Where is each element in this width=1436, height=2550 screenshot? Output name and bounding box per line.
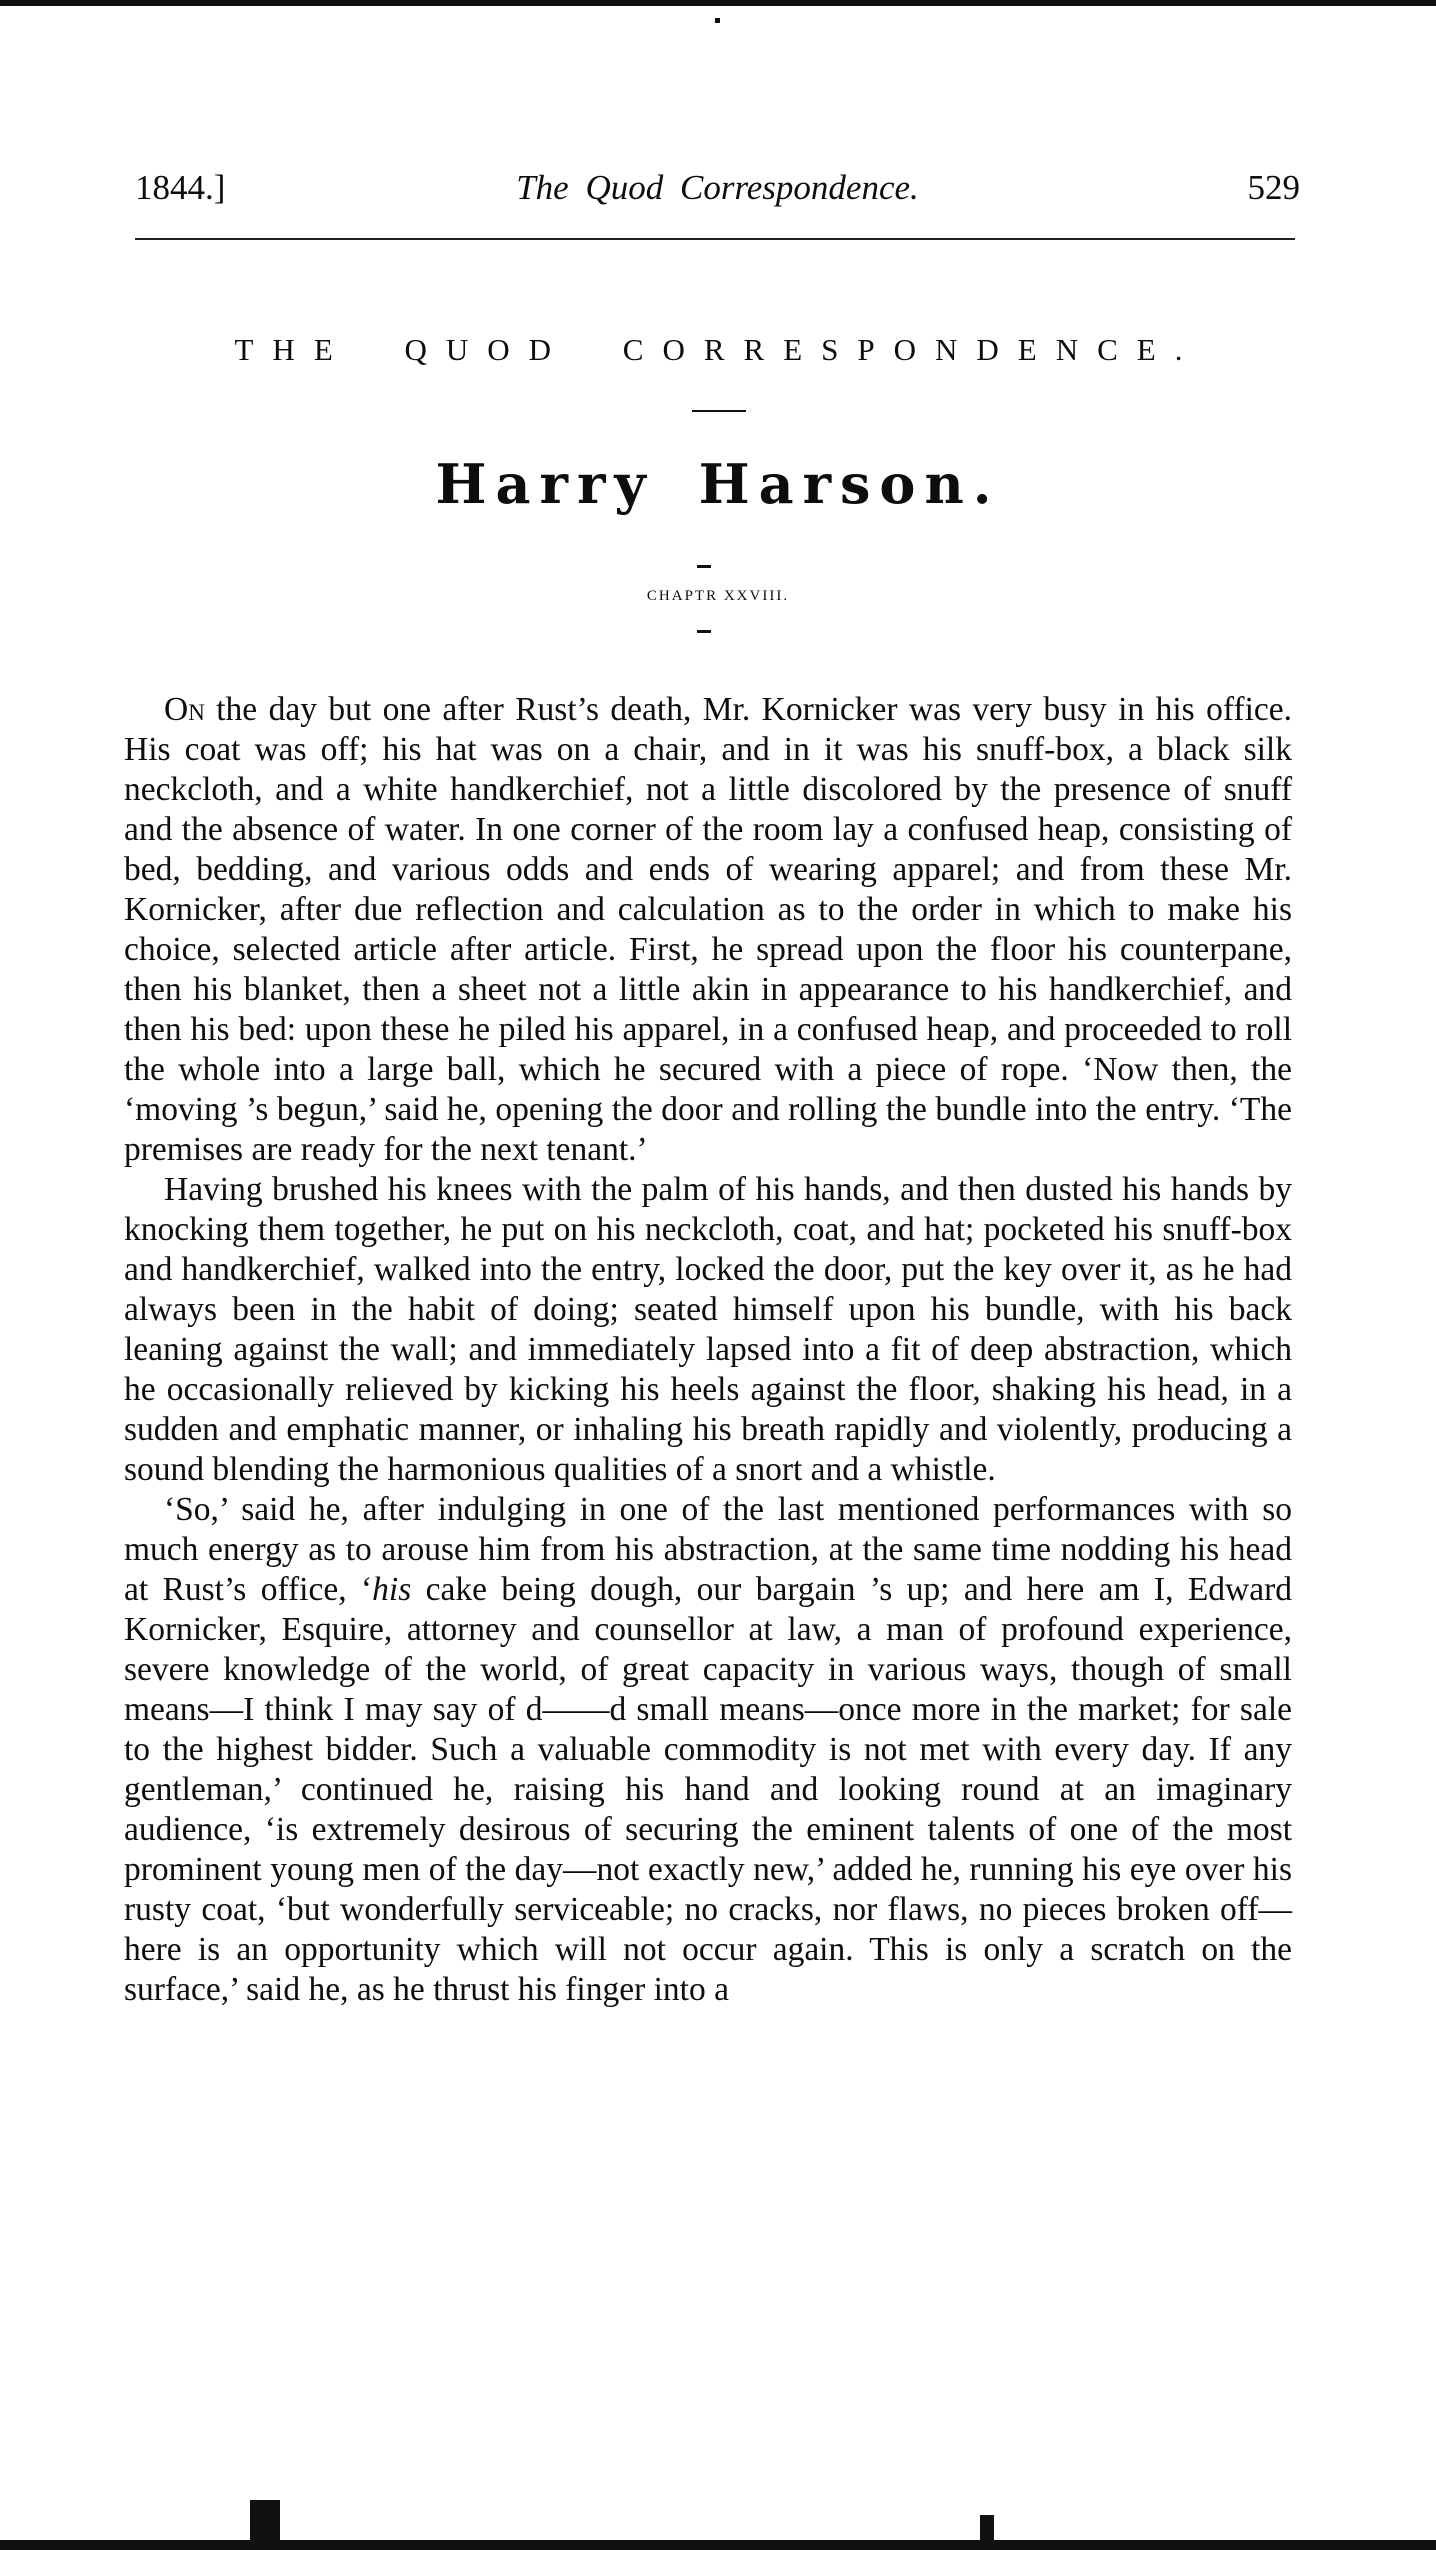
divider-rule (697, 630, 711, 633)
story-title: Harry Harson. (0, 452, 1436, 516)
divider-rule (697, 565, 711, 568)
page-number: 529 (1248, 168, 1301, 208)
paragraph: On the day but one after Rust’s death, M… (124, 690, 1292, 1170)
chapter-heading: CHAPTR XXVIII. (0, 588, 1436, 605)
paragraph-text: the day but one after Rust’s death, Mr. … (124, 691, 1292, 1168)
scan-top-edge (0, 0, 1436, 6)
scan-blot (250, 2500, 280, 2540)
divider-rule (692, 410, 746, 412)
running-head-title: The Quod Correspondence. (135, 168, 1300, 208)
running-head: 1844.] The Quod Correspondence. 529 (135, 168, 1300, 218)
dropcap-word: On (164, 691, 205, 728)
scan-speck (715, 18, 720, 23)
paragraph-text: Having brushed his knees with the palm o… (124, 1171, 1292, 1488)
paragraph: Having brushed his knees with the palm o… (124, 1170, 1292, 1490)
paragraph: ‘So,’ said he, after indulging in one of… (124, 1490, 1292, 2010)
paragraph-text: cake being dough, our bargain ’s up; and… (124, 1571, 1292, 2008)
article-body: On the day but one after Rust’s death, M… (124, 690, 1292, 2010)
scan-bottom-edge (0, 2540, 1436, 2550)
scan-blot (980, 2515, 994, 2540)
header-rule (135, 238, 1295, 240)
section-title: THE QUOD CORRESPONDENCE. (0, 332, 1436, 368)
italic-emphasis: his (372, 1571, 411, 1608)
